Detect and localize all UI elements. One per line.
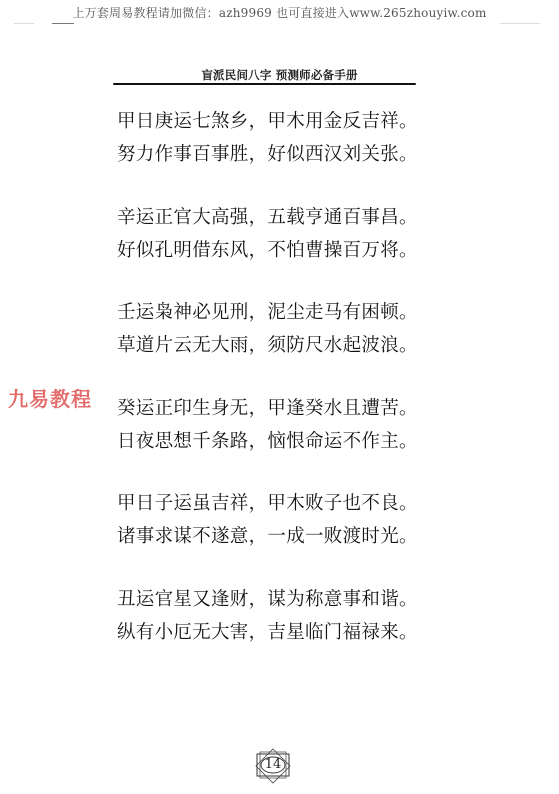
verse-line: 丑运官星又逢财，谋为称意事和谐。	[117, 583, 437, 616]
top-banner-ad: 上万套周易教程请加微信：azh9969 也可直接进入www.265zhouyiw…	[0, 4, 559, 24]
verse-line: 甲日子运虽吉祥，甲木败子也不良。	[117, 487, 437, 520]
stanza: 癸运正印生身无，甲逢癸水且遭苦。 日夜思想千条路，恼恨命运不作主。	[117, 392, 437, 458]
header-rule	[113, 83, 416, 85]
verse-line: 好似孔明借东风，不怕曹操百万将。	[117, 234, 437, 267]
verse-line: 壬运枭神必见刑，泥尘走马有困顿。	[117, 296, 437, 329]
stanza: 甲日子运虽吉祥，甲木败子也不良。 诸事求谋不遂意，一成一败渡时光。	[117, 487, 437, 553]
scan-noise	[14, 23, 34, 24]
verse-line: 辛运正官大高强，五载亨通百事昌。	[117, 201, 437, 234]
verse-line: 努力作事百事胜，好似西汉刘关张。	[117, 138, 437, 171]
stanza: 辛运正官大高强，五载亨通百事昌。 好似孔明借东风，不怕曹操百万将。	[117, 201, 437, 267]
verse-line: 癸运正印生身无，甲逢癸水且遭苦。	[117, 392, 437, 425]
verse-body: 甲日庚运七煞乡，甲木用金反吉祥。 努力作事百事胜，好似西汉刘关张。 辛运正官大高…	[117, 105, 437, 678]
scan-noise	[500, 23, 540, 24]
verse-line: 日夜思想千条路，恼恨命运不作主。	[117, 425, 437, 458]
stanza: 甲日庚运七煞乡，甲木用金反吉祥。 努力作事百事胜，好似西汉刘关张。	[117, 105, 437, 171]
verse-line: 甲日庚运七煞乡，甲木用金反吉祥。	[117, 105, 437, 138]
running-header-title: 盲派民间八字 预测师必备手册	[0, 67, 559, 83]
stanza: 壬运枭神必见刑，泥尘走马有困顿。 草道片云无大雨，须防尺水起波浪。	[117, 296, 437, 362]
verse-line: 纵有小厄无大害，吉星临门福禄来。	[117, 616, 437, 649]
verse-line: 草道片云无大雨，须防尺水起波浪。	[117, 329, 437, 362]
page-number: 14	[253, 757, 293, 772]
banner-underline	[52, 23, 74, 24]
page-number-block: 14	[253, 748, 293, 784]
stanza: 丑运官星又逢财，谋为称意事和谐。 纵有小厄无大害，吉星临门福禄来。	[117, 583, 437, 649]
watermark: 九易教程	[8, 383, 92, 412]
verse-line: 诸事求谋不遂意，一成一败渡时光。	[117, 520, 437, 553]
